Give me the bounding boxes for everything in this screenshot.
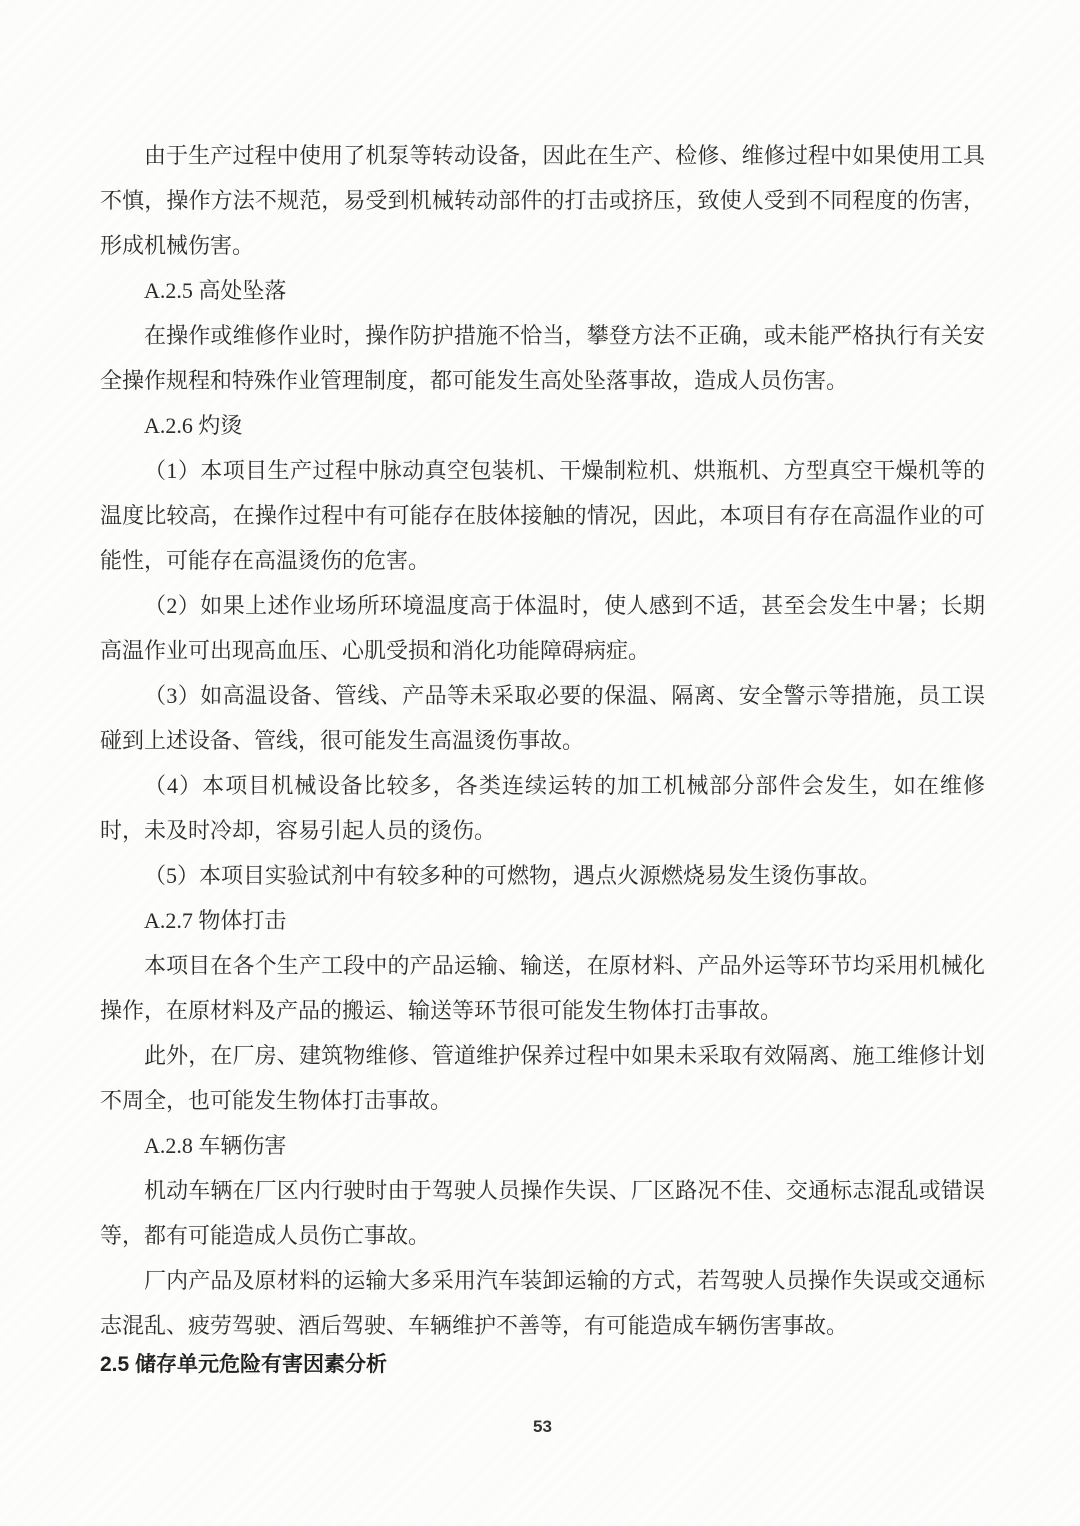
paragraph-burns-item-3: （3）如高温设备、管线、产品等未采取必要的保温、隔离、安全警示等措施，员工误碰到… <box>100 673 985 763</box>
paragraph-fall-from-height: 在操作或维修作业时，操作防护措施不恰当，攀登方法不正确，或未能严格执行有关安全操… <box>100 313 985 403</box>
paragraph-vehicle-injury-2: 厂内产品及原材料的运输大多采用汽车装卸运输的方式，若驾驶人员操作失误或交通标志混… <box>100 1258 985 1348</box>
heading-a-2-7-object-strike: A.2.7 物体打击 <box>100 898 985 943</box>
page-number: 53 <box>100 1417 985 1437</box>
paragraph-burns-item-1: （1）本项目生产过程中脉动真空包装机、干燥制粒机、烘瓶机、方型真空干燥机等的温度… <box>100 448 985 583</box>
section-heading-2-5-storage-unit-hazard-analysis: 2.5 储存单元危险有害因素分析 <box>100 1348 985 1382</box>
paragraph-burns-item-4: （4）本项目机械设备比较多，各类连续运转的加工机械部分部件会发生，如在维修时，未… <box>100 763 985 853</box>
paragraph-burns-item-5: （5）本项目实验试剂中有较多种的可燃物，遇点火源燃烧易发生烫伤事故。 <box>100 853 985 898</box>
document-page: 由于生产过程中使用了机泵等转动设备，因此在生产、检修、维修过程中如果使用工具不慎… <box>0 0 1080 1526</box>
heading-a-2-6-burns: A.2.6 灼烫 <box>100 403 985 448</box>
paragraph-mechanical-injury: 由于生产过程中使用了机泵等转动设备，因此在生产、检修、维修过程中如果使用工具不慎… <box>100 133 985 268</box>
heading-a-2-5-fall-from-height: A.2.5 高处坠落 <box>100 268 985 313</box>
paragraph-burns-item-2: （2）如果上述作业场所环境温度高于体温时，使人感到不适，甚至会发生中暑；长期高温… <box>100 583 985 673</box>
paragraph-object-strike-1: 本项目在各个生产工段中的产品运输、输送，在原材料、产品外运等环节均采用机械化操作… <box>100 943 985 1033</box>
heading-a-2-8-vehicle-injury: A.2.8 车辆伤害 <box>100 1123 985 1168</box>
paragraph-object-strike-2: 此外，在厂房、建筑物维修、管道维护保养过程中如果未采取有效隔离、施工维修计划不周… <box>100 1033 985 1123</box>
paragraph-vehicle-injury-1: 机动车辆在厂区内行驶时由于驾驶人员操作失误、厂区路况不佳、交通标志混乱或错误等，… <box>100 1168 985 1258</box>
